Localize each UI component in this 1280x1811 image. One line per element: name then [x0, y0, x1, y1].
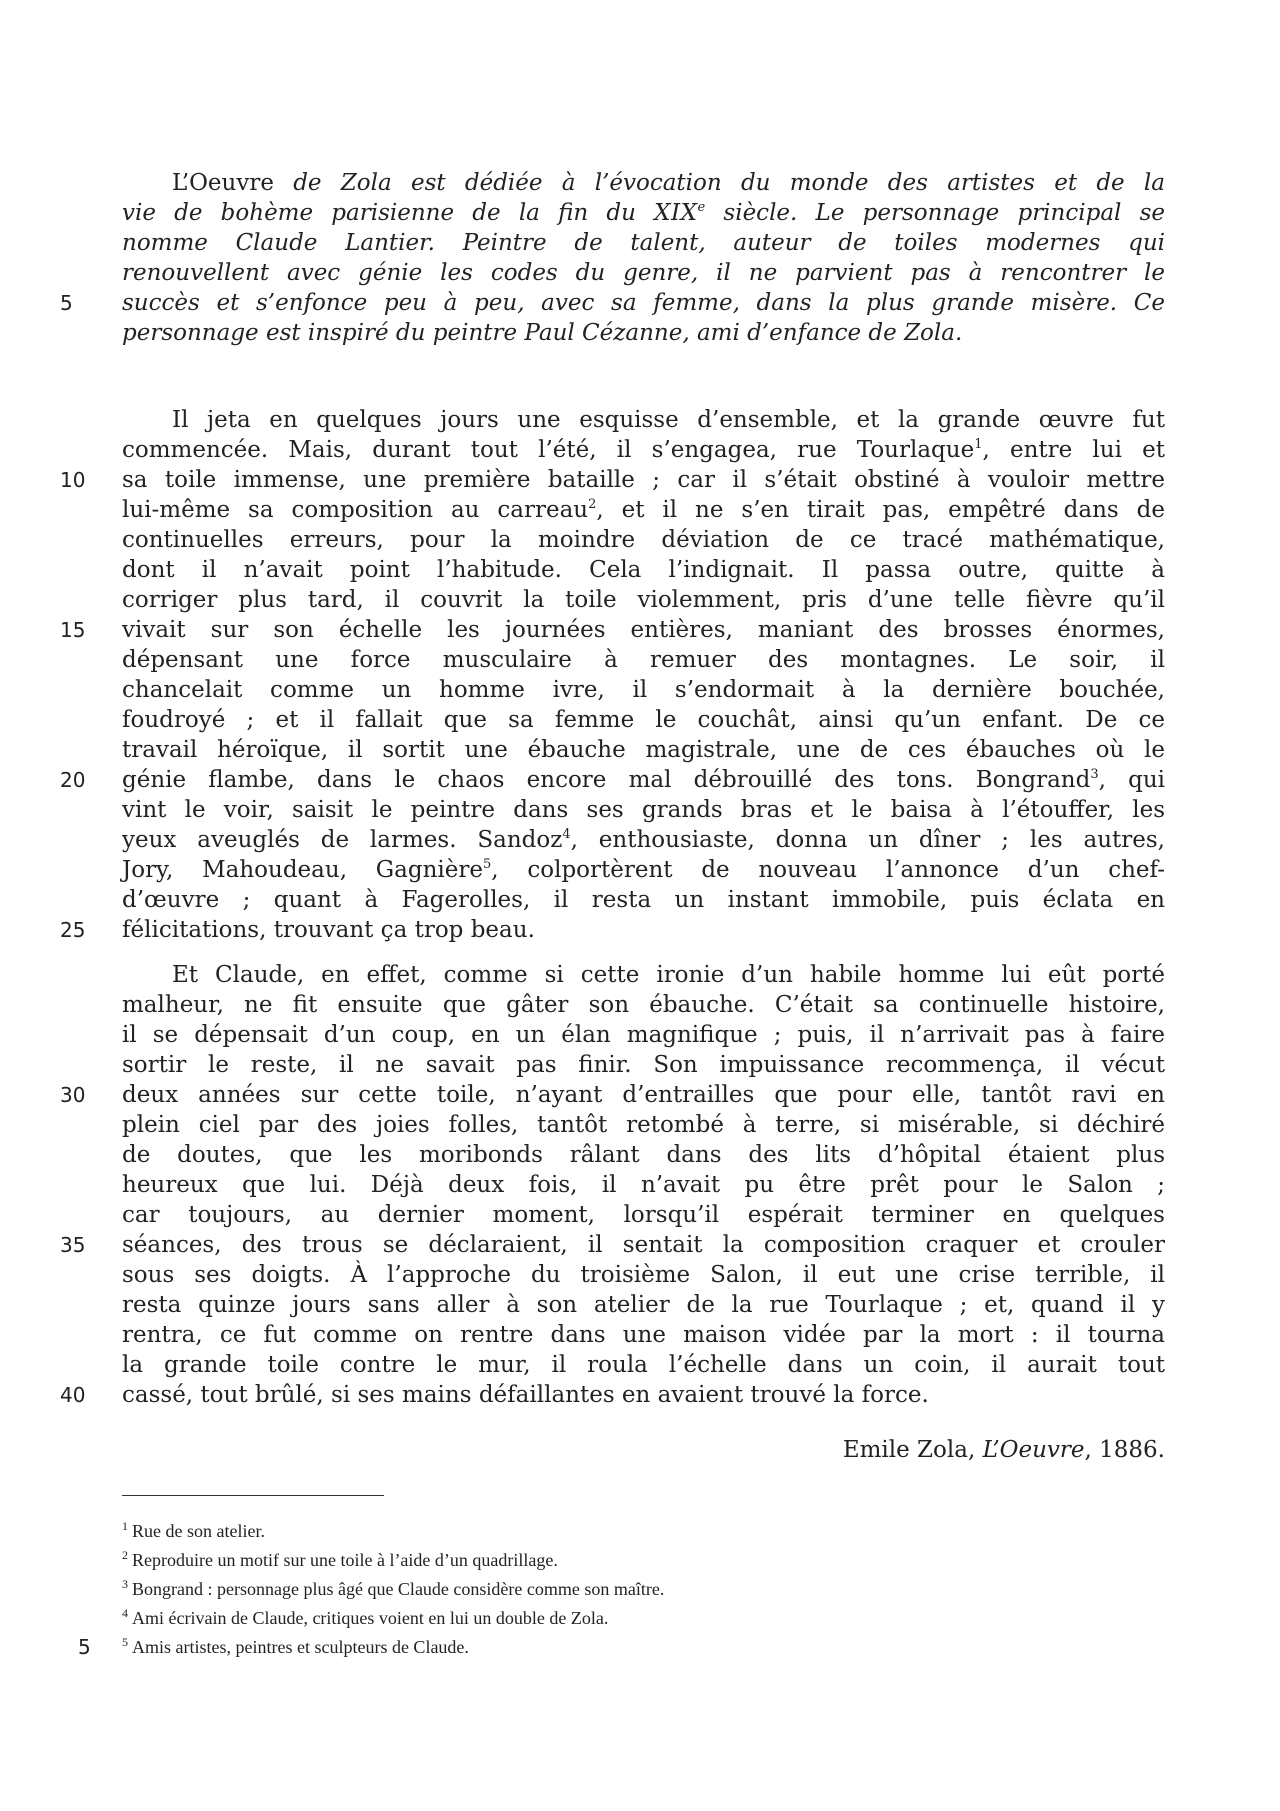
excerpt-line: yeux aveuglés de larmes. Sandoz4, enthou… — [122, 825, 1165, 855]
work-title: L’Oeuvre — [172, 170, 274, 196]
excerpt-line: dépensant une force musculaire à remuer … — [122, 645, 1165, 675]
excerpt-line: car toujours, au dernier moment, lorsqu’… — [122, 1200, 1165, 1230]
line-number: 10 — [60, 465, 100, 495]
footnote: 5Amis artistes, peintres et sculpteurs d… — [122, 1636, 469, 1658]
excerpt-line: félicitations, trouvant ça trop beau. — [122, 915, 1165, 945]
line-number: 25 — [60, 915, 100, 945]
excerpt-line: continuelles erreurs, pour la moindre dé… — [122, 525, 1165, 555]
intro-line: succès et s’enfonce peu à peu, avec sa f… — [122, 288, 1165, 318]
footnote: 2Reproduire un motif sur une toile à l’a… — [122, 1549, 558, 1571]
excerpt-line: heureux que lui. Déjà deux fois, il n’av… — [122, 1170, 1165, 1200]
footnote-ref[interactable]: 4 — [562, 827, 570, 842]
excerpt-line: travail héroïque, il sortit une ébauche … — [122, 735, 1165, 765]
line-number: 15 — [60, 615, 100, 645]
citation: Emile Zola, L’Oeuvre, 1886. — [843, 1435, 1165, 1465]
excerpt-line: lui-même sa composition au carreau2, et … — [122, 495, 1165, 525]
footnote-line-number: 5 — [78, 1636, 91, 1658]
excerpt-line: génie flambe, dans le chaos encore mal d… — [122, 765, 1165, 795]
excerpt-line: vivait sur son échelle les journées enti… — [122, 615, 1165, 645]
excerpt-line: resta quinze jours sans aller à son atel… — [122, 1290, 1165, 1320]
footnote: 3Bongrand : personnage plus âgé que Clau… — [122, 1578, 664, 1600]
excerpt-line: il se dépensait d’un coup, en un élan ma… — [122, 1020, 1165, 1050]
citation-title: L’Oeuvre — [983, 1437, 1085, 1463]
excerpt-line: la grande toile contre le mur, il roula … — [122, 1350, 1165, 1380]
line-number: 5 — [60, 288, 100, 318]
line-number: 40 — [60, 1380, 100, 1410]
citation-year: , 1886. — [1085, 1437, 1165, 1463]
document-page: L’Oeuvre de Zola est dédiée à l’évocatio… — [0, 0, 1280, 1811]
footnote: 4Ami écrivain de Claude, critiques voien… — [122, 1607, 608, 1629]
footnote-divider — [122, 1495, 384, 1496]
footnote: 1Rue de son atelier. — [122, 1520, 265, 1542]
line-number: 30 — [60, 1080, 100, 1110]
footnote-ref[interactable]: 3 — [1090, 767, 1098, 782]
line-number: 35 — [60, 1230, 100, 1260]
excerpt-line: de doutes, que les moribonds râlant dans… — [122, 1140, 1165, 1170]
excerpt-line: rentra, ce fut comme on rentre dans une … — [122, 1320, 1165, 1350]
intro-line: L’Oeuvre de Zola est dédiée à l’évocatio… — [122, 168, 1165, 198]
century-numeral: XIX — [654, 200, 697, 226]
excerpt-line: Et Claude, en effet, comme si cette iron… — [122, 960, 1165, 990]
intro-line: personnage est inspiré du peintre Paul C… — [122, 318, 1165, 348]
intro-line: renouvellent avec génie les codes du gen… — [122, 258, 1165, 288]
excerpt-line: Il jeta en quelques jours une esquisse d… — [122, 405, 1165, 435]
excerpt-line: d’œuvre ; quant à Fagerolles, il resta u… — [122, 885, 1165, 915]
excerpt-line: plein ciel par des joies folles, tantôt … — [122, 1110, 1165, 1140]
excerpt-line: séances, des trous se déclaraient, il se… — [122, 1230, 1165, 1260]
excerpt-line: sortir le reste, il ne savait pas finir.… — [122, 1050, 1165, 1080]
excerpt-line: chancelait comme un homme ivre, il s’end… — [122, 675, 1165, 705]
excerpt-line: cassé, tout brûlé, si ses mains défailla… — [122, 1380, 1165, 1410]
excerpt-line: foudroyé ; et il fallait que sa femme le… — [122, 705, 1165, 735]
intro-line: nomme Claude Lantier. Peintre de talent,… — [122, 228, 1165, 258]
excerpt-line: Jory, Mahoudeau, Gagnière5, colportèrent… — [122, 855, 1165, 885]
citation-author: Emile Zola, — [843, 1437, 983, 1463]
excerpt-line: deux années sur cette toile, n’ayant d’e… — [122, 1080, 1165, 1110]
excerpt-line: sous ses doigts. À l’approche du troisiè… — [122, 1260, 1165, 1290]
intro-line: vie de bohème parisienne de la fin du XI… — [122, 198, 1165, 228]
excerpt-line: vint le voir, saisit le peintre dans ses… — [122, 795, 1165, 825]
excerpt-line: sa toile immense, une première bataille … — [122, 465, 1165, 495]
line-number: 20 — [60, 765, 100, 795]
excerpt-line: corriger plus tard, il couvrit la toile … — [122, 585, 1165, 615]
excerpt-line: dont il n’avait point l’habitude. Cela l… — [122, 555, 1165, 585]
excerpt-line: malheur, ne fit ensuite que gâter son éb… — [122, 990, 1165, 1020]
excerpt-line: commencée. Mais, durant tout l’été, il s… — [122, 435, 1165, 465]
